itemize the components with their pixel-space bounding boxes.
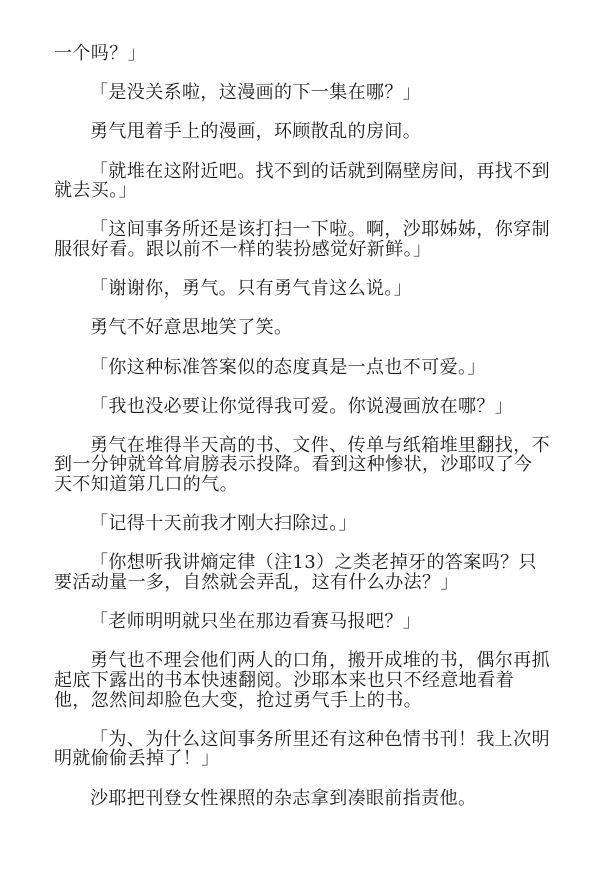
- paragraph: 「这间事务所还是该打扫一下啦。啊，沙耶姊姊，你穿制服很好看。跟以前不一样的装扮感…: [54, 220, 550, 259]
- document-page: 一个吗？」 「是没关系啦，这漫画的下一集在哪？」 勇气甩着手上的漫画，环顾散乱的…: [54, 44, 550, 828]
- paragraph: 「我也没必要让你觉得我可爱。你说漫画放在哪？」: [54, 397, 550, 417]
- paragraph: 沙耶把刊登女性裸照的杂志拿到凑眼前指责他。: [54, 789, 550, 809]
- paragraph: 「就堆在这附近吧。找不到的话就到隔壁房间，再找不到就去买。」: [54, 162, 550, 201]
- paragraph: 「谢谢你，勇气。只有勇气肯这么说。」: [54, 279, 550, 299]
- paragraph: 「老师明明就只坐在那边看赛马报吧？」: [54, 612, 550, 632]
- paragraph: 勇气在堆得半天高的书、文件、传单与纸箱堆里翻找，不到一分钟就耸耸肩膀表示投降。看…: [54, 436, 550, 495]
- paragraph: 「记得十天前我才刚大扫除过。」: [54, 514, 550, 534]
- paragraph: 「你想听我讲熵定律（注13）之类老掉牙的答案吗？只要活动量一多，自然就会弄乱，这…: [54, 553, 550, 592]
- paragraph: 「你这种标准答案似的态度真是一点也不可爱。」: [54, 358, 550, 378]
- paragraph: 勇气不好意思地笑了笑。: [54, 318, 550, 338]
- paragraph: 勇气甩着手上的漫画，环顾散乱的房间。: [54, 122, 550, 142]
- paragraph: 「为、为什么这间事务所里还有这种色情书刊！我上次明明就偷偷丢掉了！」: [54, 730, 550, 769]
- paragraph: 勇气也不理会他们两人的口角，搬开成堆的书，偶尔再抓起底下露出的书本快速翻阅。沙耶…: [54, 651, 550, 710]
- paragraph: 「是没关系啦，这漫画的下一集在哪？」: [54, 83, 550, 103]
- paragraph: 一个吗？」: [54, 44, 550, 64]
